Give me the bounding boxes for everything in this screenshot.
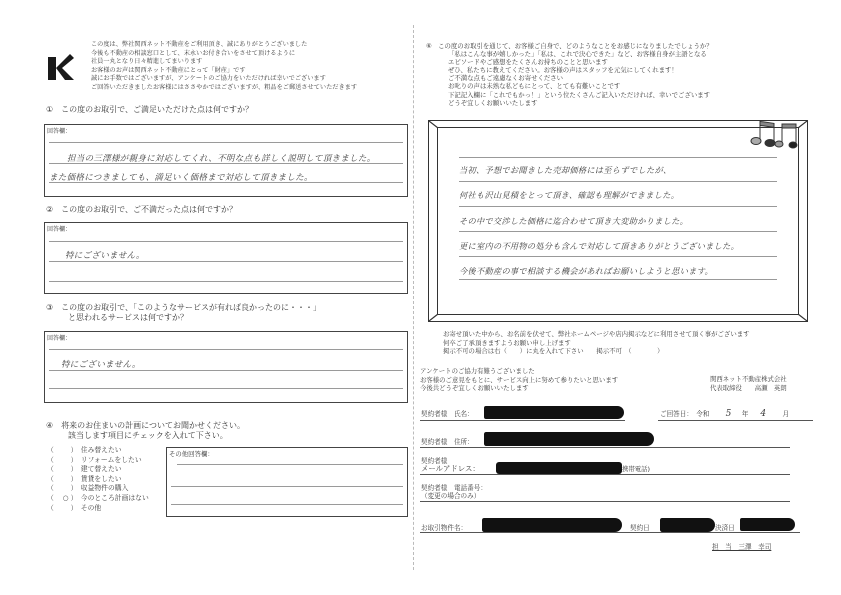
q3-answer-line: 特にございません。 bbox=[61, 358, 141, 370]
checklist-item[interactable]: （ ） その他 bbox=[47, 504, 149, 514]
company-signature: 関西ネット不動産株式会社 代表取締役 高瀬 英朗 bbox=[710, 375, 787, 392]
q6-answer-line: 何社も沢山見積をとって頂き、確認も理解ができました。 bbox=[459, 190, 679, 201]
checklist-item[interactable]: （ ） 賃貸をしたい bbox=[47, 475, 149, 485]
q6-answer-line: その中で交渉した価格に迄合わせて頂き大変助かりました。 bbox=[459, 216, 688, 227]
name-label: 契約者様 氏名： bbox=[421, 410, 474, 419]
q3-question: ③ この度のお取引で、「このようなサービスが有れば良かったのに・・・」 と思われ… bbox=[46, 303, 321, 323]
q4-question: ④ 将来のお住まいの計画についてお聞かせください。 該当します項目にチェックを入… bbox=[46, 421, 245, 441]
music-notes-icon bbox=[749, 118, 801, 150]
q2-question: ② この度のお取引で、ご不満だった点は何ですか？ bbox=[46, 205, 237, 215]
property-field-redacted[interactable] bbox=[482, 518, 622, 532]
q6-answer-line: 今後不動産の事で相談する機会があればお願いしようと思います。 bbox=[459, 266, 713, 277]
answer-label: 回答欄： bbox=[47, 126, 71, 135]
thanks-text: アンケートのご協力有難うございました お客様のご意見をもとに、サービス向上に努め… bbox=[420, 367, 618, 393]
email-field-redacted[interactable] bbox=[496, 462, 622, 474]
name-field-redacted[interactable] bbox=[484, 406, 624, 419]
checklist-item[interactable]: （ ） 住み替えたい bbox=[47, 446, 149, 456]
q2-answer-box: 回答欄： 特にございません。 bbox=[44, 222, 408, 294]
intro-text: この度は、弊社関西ネット不動産をご利用頂き、誠にありがとうございました 今後も不… bbox=[91, 41, 357, 93]
email-label: 契約者様 メールアドレス： bbox=[421, 457, 480, 473]
phone-label: 契約者様 電話番号： （変更の場合のみ） bbox=[421, 484, 487, 500]
q2-answer-line: 特にございません。 bbox=[65, 249, 145, 261]
checklist-item[interactable]: （ ） リフォームをしたい bbox=[47, 456, 149, 466]
q4-other-box: その他回答欄： bbox=[166, 447, 408, 517]
answer-date: ご回答日： 令和 5 年 4 月 bbox=[660, 410, 789, 419]
q4-checklist: （ ） 住み替えたい （ ） リフォームをしたい （ ） 建て替えたい （ ） … bbox=[47, 446, 149, 513]
answer-month[interactable]: 4 bbox=[760, 409, 766, 419]
publish-opt-out-field[interactable]: 掲示不可 （ ） bbox=[596, 347, 663, 355]
publish-notice: お寄せ頂いた中から、お名前を伏せて、弊社ホームページや店内掲示などに利用させて頂… bbox=[443, 330, 750, 356]
q6-answer-frame: 当初、予想でお聞きした売却価格には至らずでしたが、 何社も沢山見積をとって頂き、… bbox=[428, 120, 808, 322]
q1-answer-line: また価格につきましても、満足いく価格まで対応して頂きました。 bbox=[49, 171, 313, 183]
email-suffix: 携帯電話) bbox=[622, 465, 650, 474]
checklist-item[interactable]: （ ） 建て替えたい bbox=[47, 465, 149, 475]
checklist-item-checked[interactable]: （ ○） 今のところ計画はない bbox=[47, 494, 149, 504]
other-answer-label: その他回答欄： bbox=[169, 449, 214, 458]
page-divider bbox=[413, 25, 414, 570]
q1-answer-line: 担当の三澤様が親身に対応してくれ、不明な点も詳しく説明して頂きました。 bbox=[67, 152, 376, 164]
settlement-date-redacted[interactable] bbox=[740, 518, 795, 531]
q3-answer-box: 回答欄： 特にございません。 bbox=[44, 331, 408, 403]
q1-question: ① この度のお取引で、ご満足いただけた点は何ですか？ bbox=[46, 105, 253, 115]
q6-answer-line: 当初、予想でお聞きした売却価格には至らずでしたが、 bbox=[459, 165, 671, 176]
kansai-net-logo-icon bbox=[48, 54, 74, 80]
staff-name: 担 当 三澤 幸司 bbox=[712, 543, 771, 552]
q6-intro: ⑥ この度のお取引を通じて、お客様ご自身で、どのようなことをお感じになりましたで… bbox=[426, 42, 713, 107]
answer-label: 回答欄： bbox=[47, 224, 71, 233]
address-field-redacted[interactable] bbox=[484, 432, 654, 446]
checklist-item[interactable]: （ ） 収益物件の購入 bbox=[47, 484, 149, 494]
answer-year[interactable]: 5 bbox=[726, 409, 732, 419]
answer-label: 回答欄： bbox=[47, 333, 71, 342]
address-label: 契約者様 住所： bbox=[421, 438, 474, 447]
q6-answer-line: 更に室内の不用物の処分も含んで対応して頂きありがとうございました。 bbox=[459, 241, 739, 252]
contract-date-redacted[interactable] bbox=[660, 518, 715, 532]
q1-answer-box: 回答欄： 担当の三澤様が親身に対応してくれ、不明な点も詳しく説明して頂きました。… bbox=[44, 124, 408, 197]
